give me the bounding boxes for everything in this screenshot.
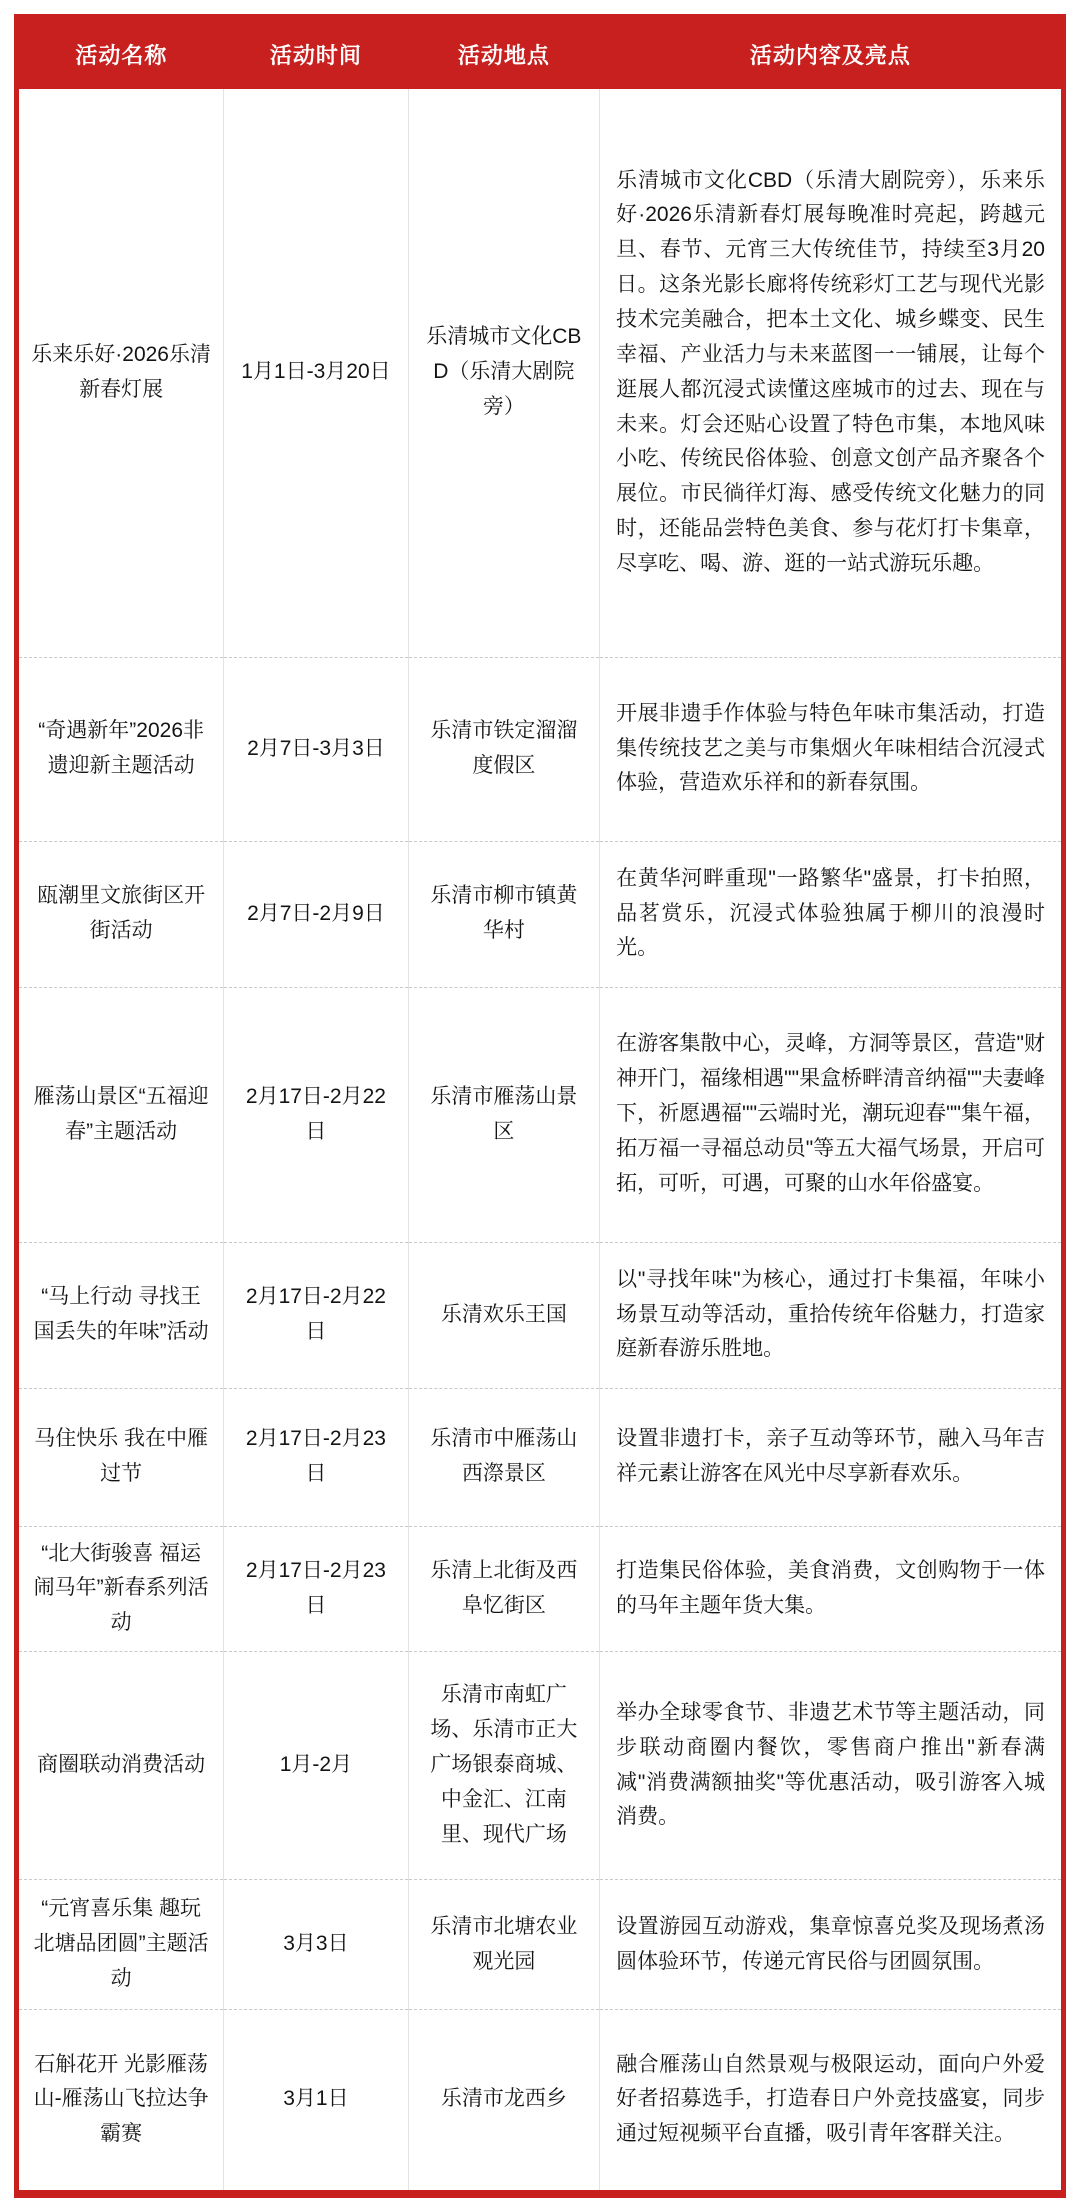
cell-activity-time: 3月3日 (224, 1880, 408, 2010)
cell-activity-name: “元宵喜乐集 趣玩北塘品团圆”主题活动 (17, 1880, 224, 2010)
cell-activity-time: 3月1日 (224, 2010, 408, 2194)
table-row: 雁荡山景区“五福迎春”主题活动 2月17日-2月22日 乐清市雁荡山景区 在游客… (17, 987, 1064, 1242)
cell-activity-content: 在黄华河畔重现"一路繁华"盛景，打卡拍照，品茗赏乐，沉浸式体验独属于柳川的浪漫时… (600, 841, 1064, 987)
table-row: 瓯潮里文旅街区开街活动 2月7日-2月9日 乐清市柳市镇黄华村 在黄华河畔重现"… (17, 841, 1064, 987)
header-row: 活动名称 活动时间 活动地点 活动内容及亮点 (17, 17, 1064, 90)
cell-activity-content: 举办全球零食节、非遗艺术节等主题活动，同步联动商圈内餐饮，零售商户推出"新春满减… (600, 1652, 1064, 1880)
cell-activity-location: 乐清上北街及西阜忆街区 (408, 1526, 600, 1652)
cell-activity-name: “马上行动 寻找王国丢失的年味”活动 (17, 1242, 224, 1388)
cell-activity-location: 乐清欢乐王国 (408, 1242, 600, 1388)
cell-activity-location: 乐清市南虹广场、乐清市正大广场银泰商城、中金汇、江南里、现代广场 (408, 1652, 600, 1880)
table-row: “马上行动 寻找王国丢失的年味”活动 2月17日-2月22日 乐清欢乐王国 以"… (17, 1242, 1064, 1388)
cell-activity-time: 2月17日-2月23日 (224, 1388, 408, 1526)
cell-activity-name: 石斛花开 光影雁荡山-雁荡山飞拉达争霸赛 (17, 2010, 224, 2194)
cell-activity-location: 乐清市龙西乡 (408, 2010, 600, 2194)
column-header-activity-time: 活动时间 (224, 17, 408, 90)
cell-activity-time: 1月-2月 (224, 1652, 408, 1880)
cell-activity-content: 开展非遗手作体验与特色年味市集活动，打造集传统技艺之美与市集烟火年味相结合沉浸式… (600, 657, 1064, 841)
cell-activity-content: 融合雁荡山自然景观与极限运动，面向户外爱好者招募选手，打造春日户外竞技盛宴，同步… (600, 2010, 1064, 2194)
column-header-activity-content: 活动内容及亮点 (600, 17, 1064, 90)
cell-activity-name: 雁荡山景区“五福迎春”主题活动 (17, 987, 224, 1242)
cell-activity-time: 1月1日-3月20日 (224, 89, 408, 657)
table-row: 商圈联动消费活动 1月-2月 乐清市南虹广场、乐清市正大广场银泰商城、中金汇、江… (17, 1652, 1064, 1880)
table-row: 石斛花开 光影雁荡山-雁荡山飞拉达争霸赛 3月1日 乐清市龙西乡 融合雁荡山自然… (17, 2010, 1064, 2194)
cell-activity-name: 乐来乐好·2026乐清新春灯展 (17, 89, 224, 657)
cell-activity-location: 乐清市铁定溜溜度假区 (408, 657, 600, 841)
cell-activity-content: 设置游园互动游戏，集章惊喜兑奖及现场煮汤圆体验环节，传递元宵民俗与团圆氛围。 (600, 1880, 1064, 2010)
cell-activity-time: 2月17日-2月23日 (224, 1526, 408, 1652)
cell-activity-location: 乐清城市文化CBD（乐清大剧院旁） (408, 89, 600, 657)
cell-activity-location: 乐清市雁荡山景区 (408, 987, 600, 1242)
column-header-activity-name: 活动名称 (17, 17, 224, 90)
cell-activity-name: 瓯潮里文旅街区开街活动 (17, 841, 224, 987)
table-row: 乐来乐好·2026乐清新春灯展 1月1日-3月20日 乐清城市文化CBD（乐清大… (17, 89, 1064, 657)
cell-activity-time: 2月17日-2月22日 (224, 987, 408, 1242)
table-row: “北大街骏喜 福运闹马年”新春系列活动 2月17日-2月23日 乐清上北街及西阜… (17, 1526, 1064, 1652)
cell-activity-location: 乐清市柳市镇黄华村 (408, 841, 600, 987)
cell-activity-name: “奇遇新年”2026非遗迎新主题活动 (17, 657, 224, 841)
cell-activity-location: 乐清市北塘农业观光园 (408, 1880, 600, 2010)
cell-activity-name: 商圈联动消费活动 (17, 1652, 224, 1880)
cell-activity-content: 在游客集散中心，灵峰，方洞等景区，营造"财神开门，福缘相遇""果盒桥畔清音纳福"… (600, 987, 1064, 1242)
cell-activity-time: 2月7日-2月9日 (224, 841, 408, 987)
cell-activity-time: 2月17日-2月22日 (224, 1242, 408, 1388)
cell-activity-time: 2月7日-3月3日 (224, 657, 408, 841)
cell-activity-content: 设置非遗打卡，亲子互动等环节，融入马年吉祥元素让游客在风光中尽享新春欢乐。 (600, 1388, 1064, 1526)
page: 活动名称 活动时间 活动地点 活动内容及亮点 乐来乐好·2026乐清新春灯展 1… (0, 0, 1080, 2210)
cell-activity-name: 马住快乐 我在中雁过节 (17, 1388, 224, 1526)
table-row: “奇遇新年”2026非遗迎新主题活动 2月7日-3月3日 乐清市铁定溜溜度假区 … (17, 657, 1064, 841)
column-header-activity-location: 活动地点 (408, 17, 600, 90)
events-table: 活动名称 活动时间 活动地点 活动内容及亮点 乐来乐好·2026乐清新春灯展 1… (14, 14, 1066, 2198)
cell-activity-location: 乐清市中雁荡山西漈景区 (408, 1388, 600, 1526)
cell-activity-content: 乐清城市文化CBD（乐清大剧院旁），乐来乐好·2026乐清新春灯展每晚准时亮起，… (600, 89, 1064, 657)
cell-activity-name: “北大街骏喜 福运闹马年”新春系列活动 (17, 1526, 224, 1652)
table-row: 马住快乐 我在中雁过节 2月17日-2月23日 乐清市中雁荡山西漈景区 设置非遗… (17, 1388, 1064, 1526)
table-row: “元宵喜乐集 趣玩北塘品团圆”主题活动 3月3日 乐清市北塘农业观光园 设置游园… (17, 1880, 1064, 2010)
cell-activity-content: 打造集民俗体验，美食消费，文创购物于一体的马年主题年货大集。 (600, 1526, 1064, 1652)
cell-activity-content: 以"寻找年味"为核心，通过打卡集福，年味小场景互动等活动，重拾传统年俗魅力，打造… (600, 1242, 1064, 1388)
